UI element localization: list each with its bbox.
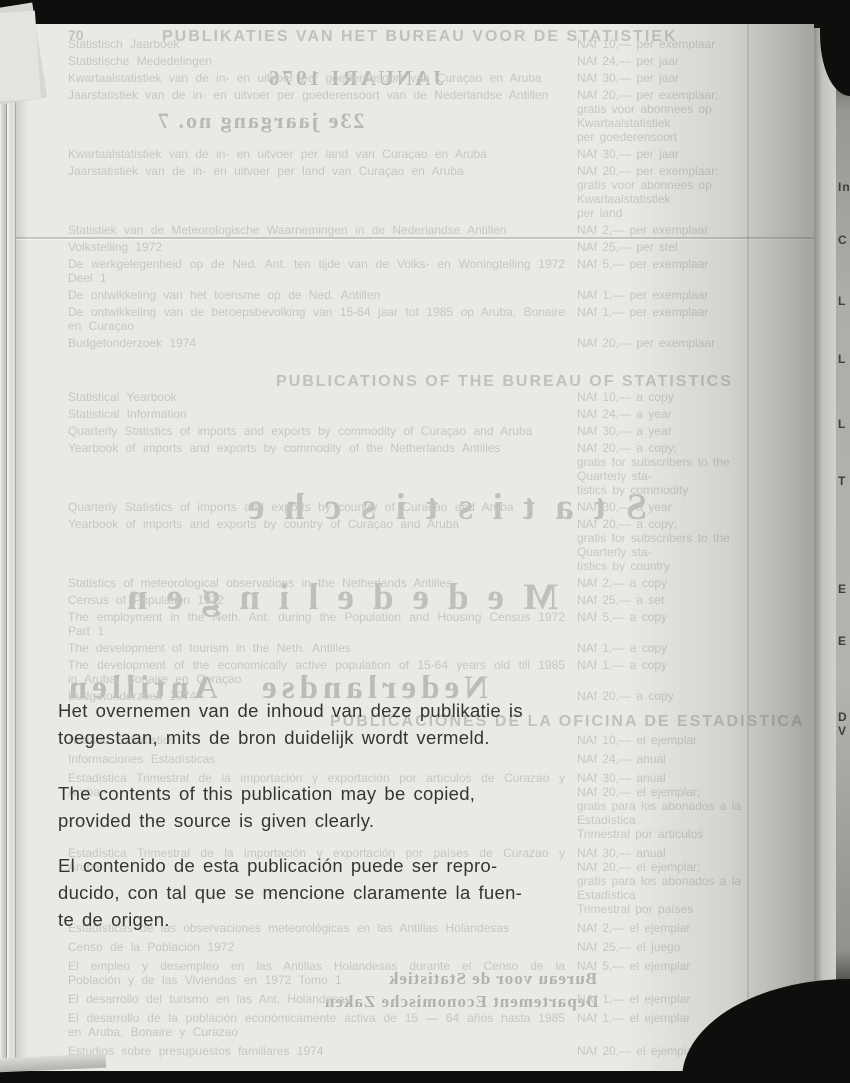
catalog-row: Censo de la Población 1972 NAf 25,— el j… [68, 940, 784, 954]
catalog-item-price: NAf 10,— per exemplaar [565, 37, 784, 51]
catalog-item-price: NAf 2,— el ejemplar [565, 921, 784, 935]
catalog-row: The development of the economically acti… [68, 658, 784, 686]
catalog-item-price: NAf 2,— a copy [565, 576, 784, 590]
catalog-item-price: NAf 25,— el juego [565, 940, 784, 954]
catalog-row: De ontwikkeling van het toerisme op de N… [68, 288, 784, 302]
catalog-row: Volkstelling 1972 NAf 25,— per stel [68, 240, 784, 254]
stacked-page-edge [0, 6, 7, 1072]
catalog-item-title: Quarterly Statistics of imports and expo… [68, 424, 565, 438]
catalog-section-dutch: Statistisch Jaarboek NAf 10,— per exempl… [68, 37, 784, 353]
catalog-row: Statistiek van de Meteorologische Waarne… [68, 223, 784, 237]
catalog-item-title: Estudios sobre presupuestos familiares 1… [68, 1044, 565, 1058]
catalog-row: Informaciones Estadísticas NAf 24,— anua… [68, 752, 784, 766]
catalog-item-price: NAf 24,— anual [565, 752, 784, 766]
catalog-item-title: Informaciones Estadísticas [68, 752, 565, 766]
catalog-row: Quarterly Statistics of imports and expo… [68, 500, 784, 514]
catalog-item-price: NAf 30,— anual NAf 20,— el ejemplar; gra… [565, 846, 784, 916]
catalog-row: De ontwikkeling van de beroepsbevolking … [68, 305, 784, 333]
next-page-text-fragment: C [838, 233, 848, 247]
catalog-item-price: NAf 20,— per exemplaar; gratis voor abon… [565, 164, 784, 220]
next-page-curl: In C L L L T E E D V [836, 0, 850, 1083]
catalog-row: Budgetonderzoek 1974 NAf 20,— per exempl… [68, 336, 784, 350]
copyright-notice-english: The contents of this publication may be … [58, 780, 475, 834]
next-page-text-fragment: V [838, 724, 847, 738]
catalog-item-title: Statistical Information [68, 407, 565, 421]
catalog-item-title: Kwartaalstatistiek van de in- en uitvoer… [68, 71, 565, 85]
catalog-item-price: NAf 5,— el ejemplar [565, 959, 784, 973]
catalog-item-title: Yearbook of imports and exports by count… [68, 517, 565, 531]
scan-border-top [0, 0, 850, 24]
catalog-item-title: De werkgelegenheid op de Ned. Ant. ten t… [68, 257, 565, 285]
catalog-section-english: Statistical Yearbook NAf 10,— a copy Sta… [68, 390, 784, 706]
catalog-item-price: NAf 20,— a copy; gratis for subscribers … [565, 517, 784, 573]
catalog-item-title: Statistiek van de Meteorologische Waarne… [68, 223, 565, 237]
catalog-row: Yearbook of imports and exports by commo… [68, 441, 784, 497]
catalog-row: Jaarstatistiek van de in- en uitvoer per… [68, 88, 784, 144]
catalog-item-title: Jaarstatistiek van de in- en uitvoer per… [68, 164, 565, 178]
next-page-text-fragment: E [838, 582, 847, 596]
catalog-item-title: Jaarstatistiek van de in- en uitvoer per… [68, 88, 565, 102]
catalog-row: Kwartaalstatistiek van de in- en uitvoer… [68, 71, 784, 85]
catalog-item-price: NAf 30,— per jaar [565, 147, 784, 161]
catalog-row: El empleo y desempleo en las Antillas Ho… [68, 959, 784, 987]
catalog-row: Estudios sobre presupuestos familiares 1… [68, 1044, 784, 1058]
stacked-page-corner [0, 11, 41, 102]
catalog-item-price: NAf 1,— per exemplaar [565, 305, 784, 319]
catalog-row: Kwartaalstatistiek van de in- en uitvoer… [68, 147, 784, 161]
section-header-english: PUBLICATIONS OF THE BUREAU OF STATISTICS [276, 373, 733, 391]
catalog-item-price: NAf 20,— per exemplaar; gratis voor abon… [565, 88, 784, 144]
next-page-text-fragment: D [838, 710, 848, 724]
catalog-item-price: NAf 30,— a year [565, 424, 784, 438]
catalog-item-price: NAf 10,— a copy [565, 390, 784, 404]
next-page-text-fragment: L [838, 352, 846, 366]
catalog-item-price: NAf 1,— a copy [565, 641, 784, 655]
next-page-text-fragment: L [838, 417, 846, 431]
catalog-item-title: El empleo y desempleo en las Antillas Ho… [68, 959, 565, 987]
next-page-text-fragment: In [838, 180, 850, 194]
catalog-item-price: NAf 24,— a year [565, 407, 784, 421]
catalog-item-price: NAf 25,— a set [565, 593, 784, 607]
catalog-item-price: NAf 20,— a copy; gratis for subscribers … [565, 441, 784, 497]
catalog-row: Statistical Yearbook NAf 10,— a copy [68, 390, 784, 404]
catalog-item-title: Statistische Mededelingen [68, 54, 565, 68]
next-page-text-fragment: L [838, 294, 846, 308]
catalog-item-title: Censo de la Población 1972 [68, 940, 565, 954]
catalog-row: De werkgelegenheid op de Ned. Ant. ten t… [68, 257, 784, 285]
catalog-item-price: NAf 30,— per jaar [565, 71, 784, 85]
catalog-item-title: De ontwikkeling van het toerisme op de N… [68, 288, 565, 302]
catalog-row: El desarrollo del turismo en las Ant. Ho… [68, 992, 784, 1006]
catalog-item-title: Kwartaalstatistiek van de in- en uitvoer… [68, 147, 565, 161]
catalog-row: The development of tourism in the Neth. … [68, 641, 784, 655]
catalog-row: Census of Population 1972 NAf 25,— a set [68, 593, 784, 607]
catalog-item-title: El desarrollo del turismo en las Ant. Ho… [68, 992, 565, 1006]
catalog-row: Statistics of meteorological observation… [68, 576, 784, 590]
catalog-row: Quarterly Statistics of imports and expo… [68, 424, 784, 438]
catalog-item-price: NAf 20,— a copy [565, 689, 784, 703]
next-page-edge [814, 28, 836, 1064]
catalog-item-price: NAf 1,— per exemplaar [565, 288, 784, 302]
catalog-item-price: NAf 5,— a copy [565, 610, 784, 624]
catalog-item-price: NAf 30,— a year [565, 500, 784, 514]
catalog-item-price: NAf 10,— el ejemplar [565, 733, 784, 747]
catalog-row: Statistisch Jaarboek NAf 10,— per exempl… [68, 37, 784, 51]
catalog-row: The employment in the Neth. Ant. during … [68, 610, 784, 638]
catalog-item-title: El desarrollo de la población económicam… [68, 1011, 565, 1039]
next-page-text-fragment: T [838, 474, 846, 488]
next-page-text-fragment: E [838, 634, 847, 648]
catalog-item-title: Volkstelling 1972 [68, 240, 565, 254]
copyright-notice-dutch: Het overnemen van de inhoud van deze pub… [58, 697, 523, 751]
catalog-item-title: Quarterly Statistics of imports and expo… [68, 500, 565, 514]
catalog-item-title: De ontwikkeling van de beroepsbevolking … [68, 305, 565, 333]
catalog-item-title: Yearbook of imports and exports by commo… [68, 441, 565, 455]
copyright-notice-spanish: El contenido de esta publicación puede s… [58, 852, 522, 933]
catalog-item-title: Budgetonderzoek 1974 [68, 336, 565, 350]
scanned-page: Statistische Mededelingen Nederlandse An… [16, 24, 814, 1071]
catalog-item-price: NAf 25,— per stel [565, 240, 784, 254]
catalog-item-title: Statistical Yearbook [68, 390, 565, 404]
catalog-row: El desarrollo de la población económicam… [68, 1011, 784, 1039]
catalog-item-price: NAf 20,— per exemplaar [565, 336, 784, 350]
catalog-item-price: NAf 30,— anual NAf 20,— el ejemplar; gra… [565, 771, 784, 841]
stacked-page-edge [7, 3, 16, 1073]
catalog-item-title: Statistics of meteorological observation… [68, 576, 565, 590]
catalog-item-title: The development of tourism in the Neth. … [68, 641, 565, 655]
catalog-item-title: The employment in the Neth. Ant. during … [68, 610, 565, 638]
catalog-row: Jaarstatistiek van de in- en uitvoer per… [68, 164, 784, 220]
catalog-item-title: The development of the economically acti… [68, 658, 565, 686]
catalog-item-title: Census of Population 1972 [68, 593, 565, 607]
catalog-item-price: NAf 1,— a copy [565, 658, 784, 672]
catalog-item-price: NAf 24,— per jaar [565, 54, 784, 68]
catalog-row: Statistische Mededelingen NAf 24,— per j… [68, 54, 784, 68]
catalog-item-title: Statistisch Jaarboek [68, 37, 565, 51]
catalog-row: Statistical Information NAf 24,— a year [68, 407, 784, 421]
catalog-item-price: NAf 2,— per exemplaar [565, 223, 784, 237]
catalog-row: Yearbook of imports and exports by count… [68, 517, 784, 573]
catalog-item-price: NAf 5,— per exemplaar [565, 257, 784, 271]
